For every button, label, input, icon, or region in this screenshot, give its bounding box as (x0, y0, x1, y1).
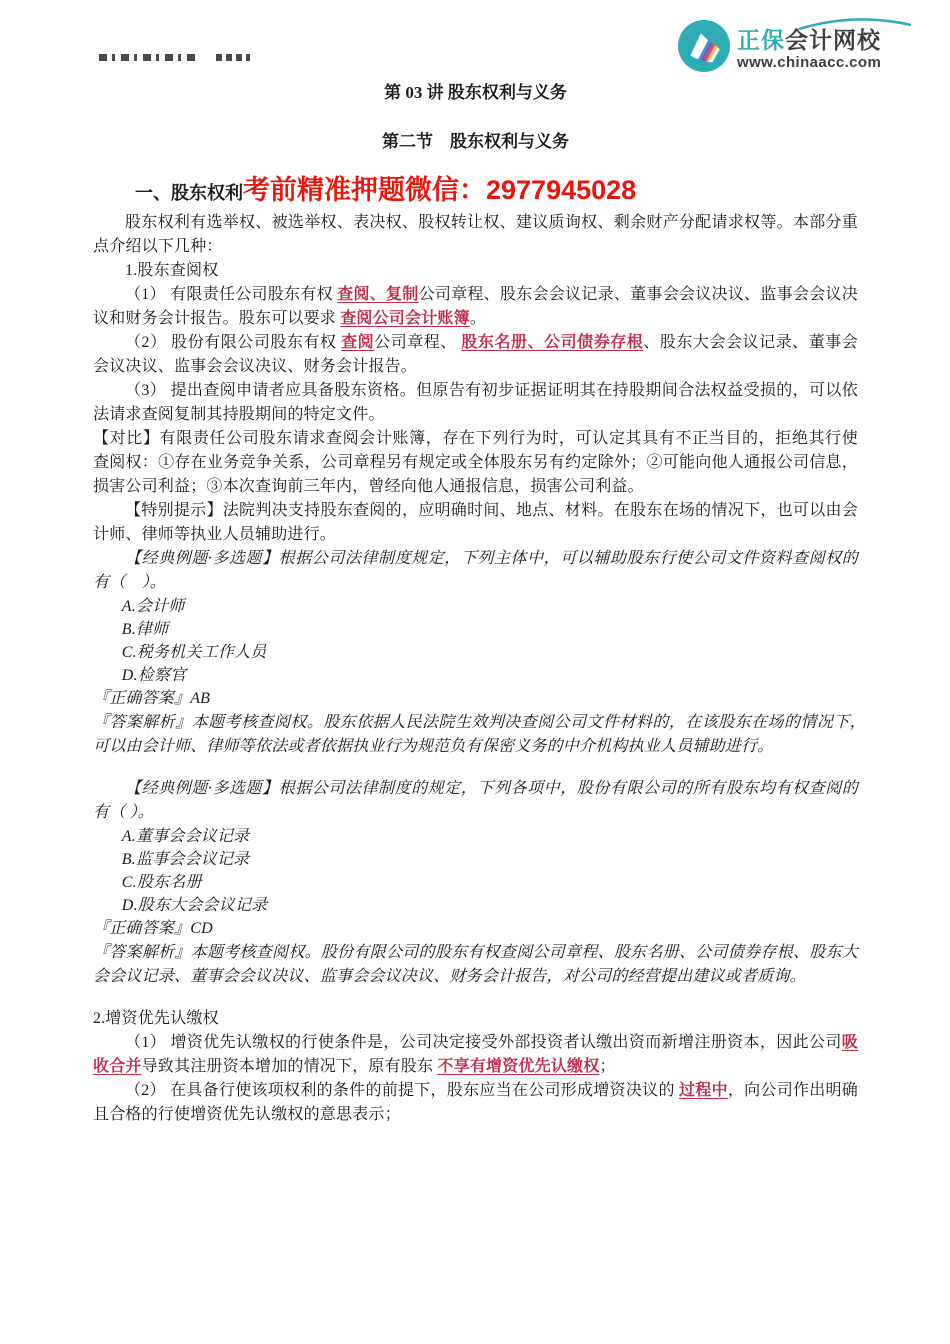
text-run: （2） 股份有限公司股东有权 (125, 334, 341, 351)
text-run: 【特别提示】法院判决支持股东查阅的，应明确时间、地点、材料。在股东在场的情况下，… (93, 502, 858, 543)
text-run: （1） 有限责任公司股东有权 (125, 286, 337, 303)
paragraph: 『答案解析』本题考核查阅权。股份有限公司的股东有权查阅公司章程、股东名册、公司债… (93, 941, 858, 989)
brand-name-primary: 正保 (737, 27, 785, 53)
paragraph: 『正确答案』CD (93, 917, 858, 941)
text-run: 『答案解析』本题考核查阅权。股东依据人民法院生效判决查阅公司文件材料的，在该股东… (93, 714, 874, 755)
option-line: B.律师 (93, 618, 858, 641)
text-run: C.股东名册 (122, 874, 202, 891)
red-emphasis: 不享有增资优先认缴权 (437, 1058, 599, 1075)
option-line: C.税务机关工作人员 (93, 641, 858, 664)
text-run: 1.股东查阅权 (125, 262, 218, 279)
paragraph: 2.增资优先认缴权 (93, 1007, 858, 1031)
paragraph: （1） 有限责任公司股东有权 查阅、复制公司章程、股东会会议记录、董事会会议决议… (93, 283, 858, 331)
header-logo: 正保会计网校 www.chinaacc.com (678, 20, 881, 72)
paragraph: 【经典例题·多选题】根据公司法律制度规定，下列主体中，可以辅助股东行使公司文件资… (93, 547, 858, 595)
paragraph: 【经典例题·多选题】根据公司法律制度的规定，下列各项中，股份有限公司的所有股东均… (93, 777, 858, 825)
text-run: 公司章程、 (374, 334, 461, 351)
document-body: 股东权利有选举权、被选举权、表决权、股权转让权、建议质询权、剩余财产分配请求权等… (93, 211, 858, 1127)
text-run: 【经典例题·多选题】根据公司法律制度的规定，下列各项中，股份有限公司的所有股东均… (93, 780, 858, 821)
text-run: 『正确答案』CD (93, 920, 213, 937)
paragraph: 1.股东查阅权 (93, 259, 858, 283)
document-page: 正保会计网校 www.chinaacc.com 第 03 讲 股东权利与义务 第… (0, 0, 950, 1344)
text-run: 『正确答案』AB (93, 690, 210, 707)
text-run: （3） 提出查阅申请者应具备股东资格。但原告有初步证据证明其在持股期间合法权益受… (93, 382, 858, 423)
text-run: 『答案解析』本题考核查阅权。股份有限公司的股东有权查阅公司章程、股东名册、公司债… (93, 944, 858, 985)
option-line: B.监事会会议记录 (93, 848, 858, 871)
section-title: 第二节 股东权利与义务 (93, 131, 858, 153)
website-url: www.chinaacc.com (737, 54, 881, 72)
paragraph: （2） 在具备行使该项权利的条件的前提下，股东应当在公司形成增资决议的 过程中，… (93, 1079, 858, 1127)
clipped-header-fragment (216, 54, 250, 61)
promo-text: 考前精准押题微信：2977945028 (243, 175, 636, 205)
spacer (93, 759, 858, 777)
text-run: D.检察官 (122, 667, 187, 684)
paragraph: （3） 提出查阅申请者应具备股东资格。但原告有初步证据证明其在持股期间合法权益受… (93, 379, 858, 427)
clipped-header-fragment (99, 54, 199, 61)
text-run: ； (599, 1058, 615, 1075)
paragraph: 『答案解析』本题考核查阅权。股东依据人民法院生效判决查阅公司文件材料的，在该股东… (93, 711, 858, 759)
text-run: A.会计师 (122, 598, 185, 615)
text-run: 2.增资优先认缴权 (93, 1010, 219, 1027)
red-emphasis: 股东名册、公司债券存根 (461, 334, 643, 351)
option-line: D.检察官 (93, 664, 858, 687)
text-run: A.董事会会议记录 (122, 828, 250, 845)
text-run: 导致其注册资本增加的情况下，原有股东 (142, 1058, 438, 1075)
text-run: 【对比】有限责任公司股东请求查阅会计账簿，存在下列行为时，可认定其具有不正当目的… (93, 430, 858, 495)
brand-block: 正保会计网校 www.chinaacc.com (737, 20, 881, 72)
open-book-logo-icon (678, 20, 730, 72)
red-emphasis: 查阅公司会计账簿 (340, 310, 470, 327)
paragraph: 【对比】有限责任公司股东请求查阅会计账簿，存在下列行为时，可认定其具有不正当目的… (93, 427, 858, 499)
option-line: A.会计师 (93, 595, 858, 618)
text-run: D.股东大会会议记录 (122, 897, 268, 914)
option-line: C.股东名册 (93, 871, 858, 894)
brand-swoosh-arc (797, 18, 913, 30)
text-run: （1） 增资优先认缴权的行使条件是，公司决定接受外部投资者认缴出资而新增注册资本… (125, 1034, 842, 1051)
text-run: 。 (470, 310, 486, 327)
red-emphasis: 查阅、复制 (337, 286, 418, 303)
lecture-title: 第 03 讲 股东权利与义务 (93, 82, 858, 104)
paragraph: （1） 增资优先认缴权的行使条件是，公司决定接受外部投资者认缴出资而新增注册资本… (93, 1031, 858, 1079)
text-run: B.律师 (122, 621, 169, 638)
document-content: 第 03 讲 股东权利与义务 第二节 股东权利与义务 一、股东权利 考前精准押题… (0, 0, 950, 1127)
option-line: D.股东大会会议记录 (93, 894, 858, 917)
text-run: （2） 在具备行使该项权利的条件的前提下，股东应当在公司形成增资决议的 (125, 1082, 679, 1099)
paragraph: 【特别提示】法院判决支持股东查阅的，应明确时间、地点、材料。在股东在场的情况下，… (93, 499, 858, 547)
text-run: 股东权利有选举权、被选举权、表决权、股权转让权、建议质询权、剩余财产分配请求权等… (93, 214, 858, 255)
text-run: 【经典例题·多选题】根据公司法律制度规定，下列主体中，可以辅助股东行使公司文件资… (93, 550, 858, 591)
section-heading: 一、股东权利 考前精准押题微信：2977945028 (135, 175, 858, 205)
text-run: B.监事会会议记录 (122, 851, 250, 868)
section-heading-label: 一、股东权利 (135, 179, 243, 205)
brand-name-secondary: 会计网校 (785, 27, 881, 53)
text-run: C.税务机关工作人员 (122, 644, 267, 661)
paragraph: 股东权利有选举权、被选举权、表决权、股权转让权、建议质询权、剩余财产分配请求权等… (93, 211, 858, 259)
red-emphasis: 过程中 (679, 1082, 728, 1099)
spacer (93, 989, 858, 1007)
red-emphasis: 查阅 (341, 334, 374, 351)
option-line: A.董事会会议记录 (93, 825, 858, 848)
paragraph: （2） 股份有限公司股东有权 查阅公司章程、 股东名册、公司债券存根、股东大会会… (93, 331, 858, 379)
paragraph: 『正确答案』AB (93, 687, 858, 711)
